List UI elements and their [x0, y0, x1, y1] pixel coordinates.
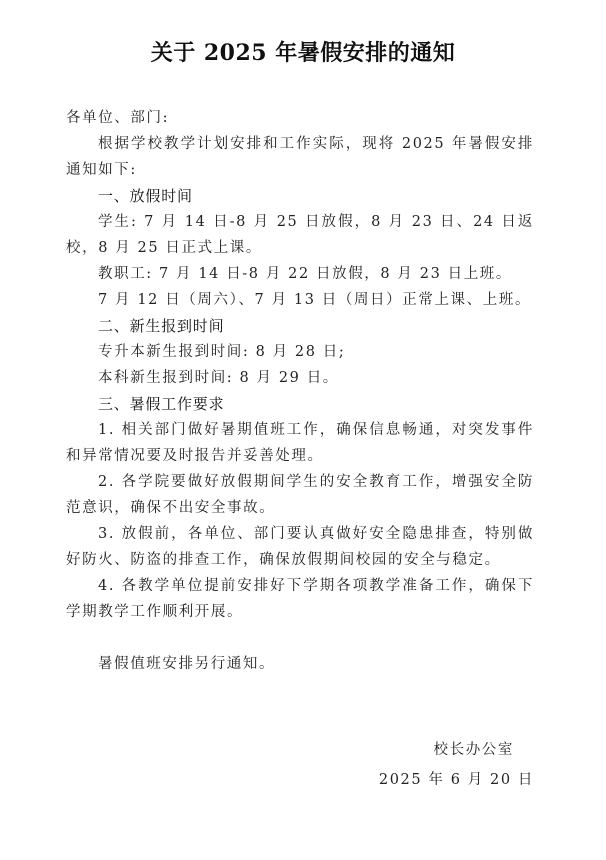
paragraph-students-schedule: 学生: 7 月 14 日-8 月 25 日放假，8 月 23 日、24 日返校，…: [66, 209, 534, 261]
requirement-item-2: 2. 各学院要做好放假期间学生的安全教育工作，增强安全防范意识，确保不出安全事故…: [66, 469, 534, 521]
intro-paragraph: 根据学校教学计划安排和工作实际，现将 2025 年暑假安排通知如下:: [66, 131, 534, 183]
paragraph-undergrad-registration: 本科新生报到时间: 8 月 29 日。: [66, 365, 534, 391]
document-body: 各单位、部门: 根据学校教学计划安排和工作实际，现将 2025 年暑假安排通知如…: [66, 105, 534, 677]
section-heading-work-requirements: 三、暑假工作要求: [66, 391, 534, 417]
document-title: 关于 2025 年暑假安排的通知: [0, 36, 606, 67]
salutation: 各单位、部门:: [66, 105, 534, 131]
paragraph-transfer-registration: 专升本新生报到时间: 8 月 28 日;: [66, 339, 534, 365]
document-page: 关于 2025 年暑假安排的通知 各单位、部门: 根据学校教学计划安排和工作实际…: [0, 0, 606, 860]
requirement-item-4: 4. 各教学单位提前安排好下学期各项教学准备工作，确保下学期教学工作顺利开展。: [66, 573, 534, 625]
requirement-item-1: 1. 相关部门做好暑期值班工作，确保信息畅通，对突发事件和异常情况要及时报告并妥…: [66, 417, 534, 469]
section-heading-vacation-time: 一、放假时间: [66, 183, 534, 209]
requirement-item-3: 3. 放假前，各单位、部门要认真做好安全隐患排查，特别做好防火、防盗的排查工作，…: [66, 521, 534, 573]
paragraph-weekend-classes: 7 月 12 日（周六）、7 月 13 日（周日）正常上课、上班。: [66, 287, 534, 313]
closing-note: 暑假值班安排另行通知。: [66, 651, 534, 677]
signature-block: 校长办公室 2025 年 6 月 20 日: [379, 735, 534, 795]
signature-date: 2025 年 6 月 20 日: [379, 765, 534, 795]
spacer: [66, 625, 534, 651]
section-heading-freshman-registration: 二、新生报到时间: [66, 313, 534, 339]
paragraph-staff-schedule: 教职工: 7 月 14 日-8 月 22 日放假，8 月 23 日上班。: [66, 261, 534, 287]
signature-organization: 校长办公室: [379, 735, 534, 765]
